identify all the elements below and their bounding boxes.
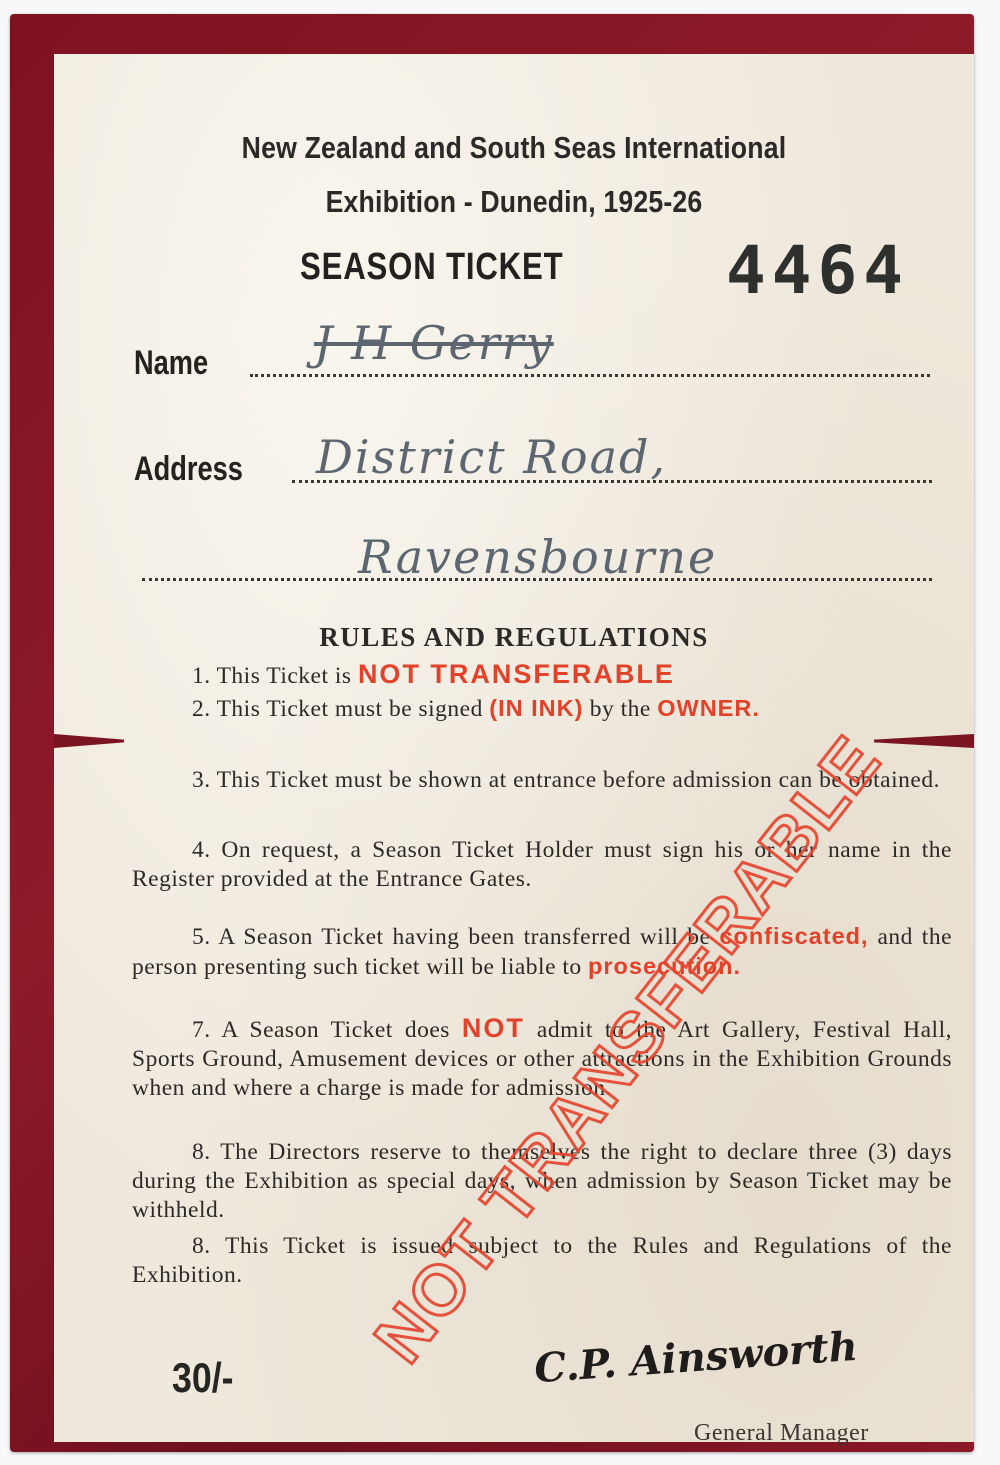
rule-1: 1. This Ticket is NOT TRANSFERABLE — [132, 660, 952, 691]
paper-tear-right — [874, 734, 974, 748]
rule-5: 5. A Season Ticket having been transferr… — [132, 922, 952, 982]
rule-2-tail: by the — [583, 696, 657, 722]
name-handwritten: J H Gerry — [314, 316, 554, 370]
rules-heading: RULES AND REGULATIONS — [54, 622, 974, 653]
rule-7: 7. A Season Ticket does NOT admit to the… — [132, 1014, 952, 1103]
address-handwritten-line2: Ravensbourne — [358, 530, 717, 584]
rule-8b: 8. This Ticket is issued subject to the … — [132, 1232, 952, 1290]
rule-5-text: 5. A Season Ticket having been transferr… — [192, 924, 719, 950]
rule-1-red: NOT TRANSFERABLE — [358, 659, 675, 689]
rule-2-owner: OWNER. — [657, 695, 760, 721]
rule-1-text: 1. This Ticket is — [132, 663, 358, 689]
name-label: Name — [134, 344, 208, 383]
address-handwritten-line1: District Road, — [316, 430, 667, 484]
name-dotted-line — [250, 374, 930, 377]
ticket-paper: New Zealand and South Seas International… — [54, 54, 974, 1442]
rule-2: 2. This Ticket must be signed (IN INK) b… — [132, 694, 952, 724]
rule-7-text: 7. A Season Ticket does — [192, 1017, 462, 1043]
leather-cover: New Zealand and South Seas International… — [10, 14, 974, 1452]
ticket-type: SEASON TICKET — [300, 246, 563, 289]
exhibition-title-line1: New Zealand and South Seas International — [118, 130, 909, 166]
exhibition-title-line2: Exhibition - Dunedin, 1925-26 — [118, 184, 909, 220]
rule-2-text: 2. This Ticket must be signed — [132, 696, 489, 722]
manager-signature: C.P. Ainsworth — [533, 1323, 859, 1392]
paper-tear-left — [54, 734, 124, 748]
address-label: Address — [134, 450, 243, 489]
ticket-number: 4464 — [726, 232, 909, 309]
rule-2-red: (IN INK) — [489, 695, 583, 721]
price: 30/- — [172, 1354, 234, 1402]
signatory-title: General Manager — [694, 1420, 869, 1447]
rule-7-red: NOT — [462, 1013, 525, 1043]
